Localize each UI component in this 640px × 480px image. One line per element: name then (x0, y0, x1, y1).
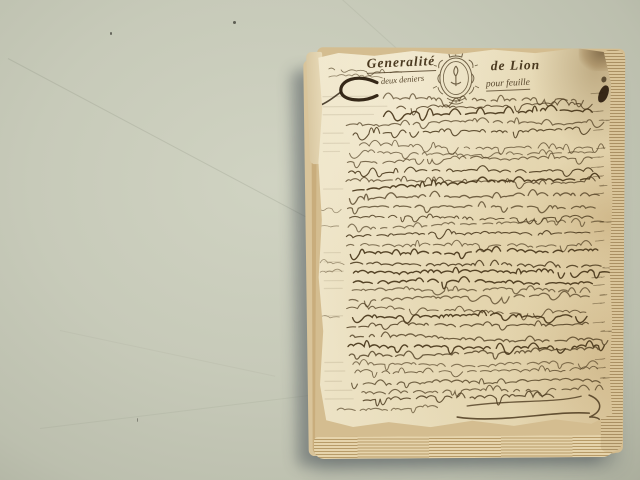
manuscript-document: Generalité de Lion deux deniers pour feu… (306, 40, 632, 460)
surface-scratch (40, 391, 338, 429)
manuscript-page: Generalité de Lion deux deniers pour feu… (315, 45, 616, 431)
dust-speck (137, 418, 138, 422)
dust-speck (233, 21, 236, 24)
handwriting-svg (315, 45, 616, 431)
page-edges-bottom (314, 435, 616, 459)
dust-speck (110, 32, 112, 35)
surface-scratch (60, 330, 275, 377)
surface-scratch (8, 58, 353, 242)
photo-scene: Generalité de Lion deux deniers pour feu… (0, 0, 640, 480)
